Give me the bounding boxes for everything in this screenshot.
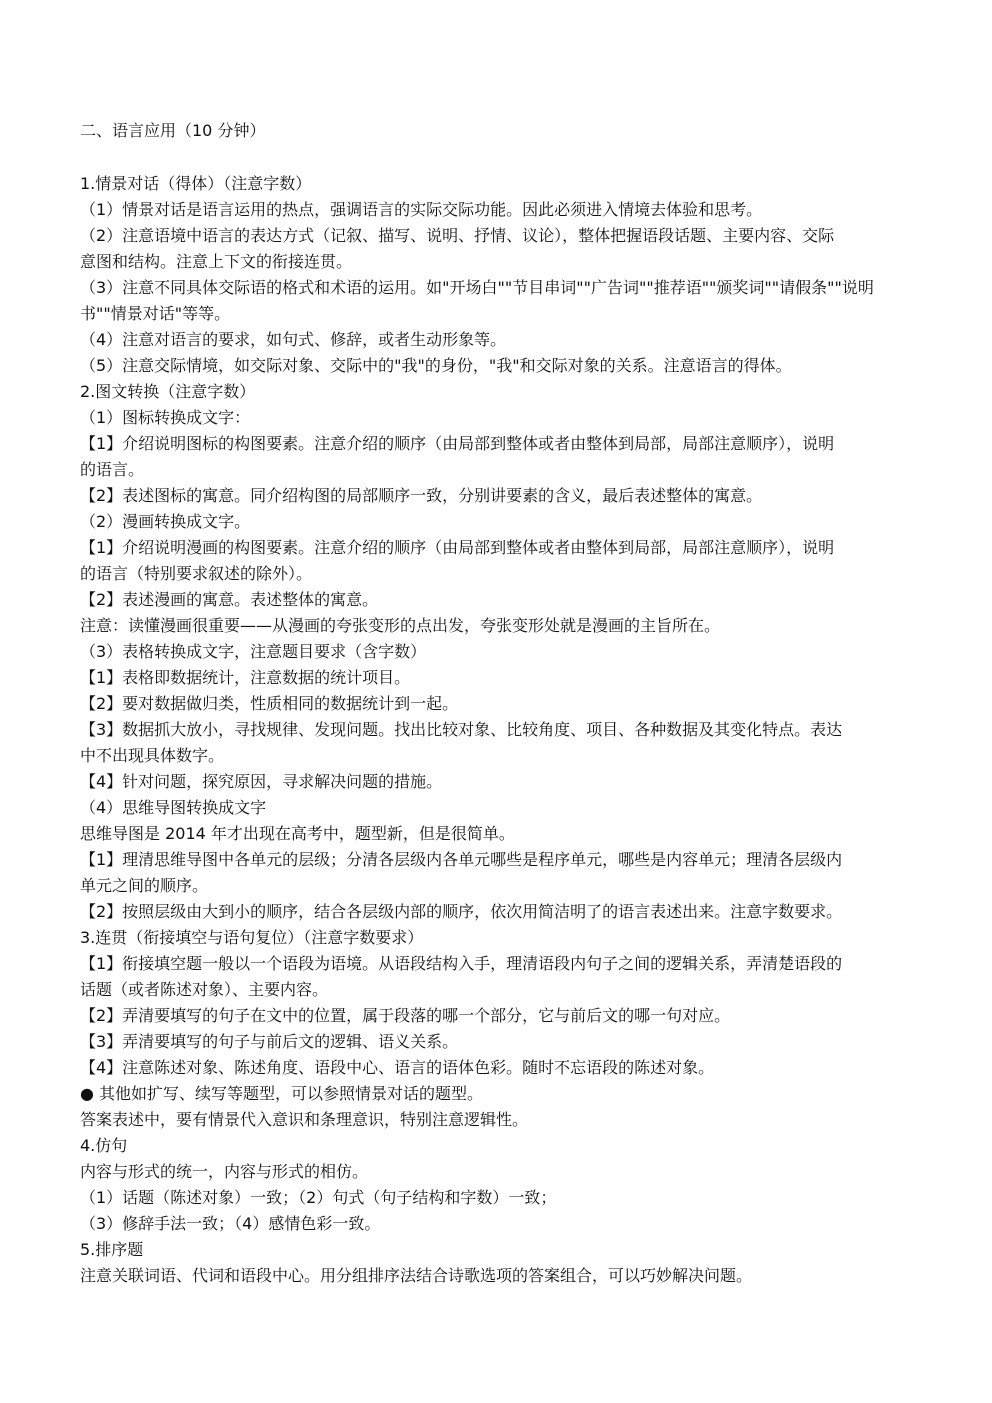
- blank-line: [80, 144, 920, 171]
- paragraph-line: （1）话题（陈述对象）一致；（2）句式（句子结构和字数）一致；: [80, 1185, 920, 1211]
- subheading-line: （3）表格转换成文字，注意题目要求（含字数）: [80, 639, 920, 665]
- section-heading-imitation: 4.仿句: [80, 1133, 920, 1159]
- document-title: 二、语言应用（10 分钟）: [80, 118, 920, 144]
- paragraph-line: 书""情景对话"等等。: [80, 301, 920, 327]
- document-page: 二、语言应用（10 分钟） 1.情景对话（得体）（注意字数） （1）情景对话是语…: [80, 118, 920, 1289]
- paragraph-line: 注意关联词语、代词和语段中心。用分组排序法结合诗歌选项的答案组合，可以巧妙解决问…: [80, 1263, 920, 1289]
- paragraph-line: 【2】按照层级由大到小的顺序，结合各层级内部的顺序，依次用简洁明了的语言表述出来…: [80, 899, 920, 925]
- subheading-line: （4）思维导图转换成文字: [80, 795, 920, 821]
- paragraph-line: 【2】表述漫画的寓意。表述整体的寓意。: [80, 587, 920, 613]
- subheading-line: （1）图标转换成文字：: [80, 405, 920, 431]
- paragraph-line: 中不出现具体数字。: [80, 743, 920, 769]
- paragraph-line: 话题（或者陈述对象）、主要内容。: [80, 977, 920, 1003]
- paragraph-line: （1）情景对话是语言运用的热点，强调语言的实际交际功能。因此必须进入情境去体验和…: [80, 197, 920, 223]
- paragraph-line: 【4】针对问题，探究原因，寻求解决问题的措施。: [80, 769, 920, 795]
- section-heading-ordering: 5.排序题: [80, 1237, 920, 1263]
- paragraph-line: 的语言。: [80, 457, 920, 483]
- paragraph-line: 【1】衔接填空题一般以一个语段为语境。从语段结构入手，理清语段内句子之间的逻辑关…: [80, 951, 920, 977]
- paragraph-line: 【1】介绍说明漫画的构图要素。注意介绍的顺序（由局部到整体或者由整体到局部，局部…: [80, 535, 920, 561]
- section-heading-image-text-conversion: 2.图文转换（注意字数）: [80, 379, 920, 405]
- paragraph-line: （3）注意不同具体交际语的格式和术语的运用。如"开场白""节目串词""广告词""…: [80, 275, 920, 301]
- section-heading-coherence: 3.连贯（衔接填空与语句复位）（注意字数要求）: [80, 925, 920, 951]
- paragraph-line: 答案表述中，要有情景代入意识和条理意识，特别注意逻辑性。: [80, 1107, 920, 1133]
- section-heading-situational-dialogue: 1.情景对话（得体）（注意字数）: [80, 171, 920, 197]
- paragraph-line: （2）注意语境中语言的表达方式（记叙、描写、说明、抒情、议论），整体把握语段话题…: [80, 223, 920, 249]
- paragraph-line: 思维导图是 2014 年才出现在高考中，题型新，但是很简单。: [80, 821, 920, 847]
- paragraph-line: 【3】弄清要填写的句子与前后文的逻辑、语义关系。: [80, 1029, 920, 1055]
- paragraph-line: 【2】表述图标的寓意。同介绍构图的局部顺序一致，分别讲要素的含义，最后表述整体的…: [80, 483, 920, 509]
- paragraph-line: （4）注意对语言的要求，如句式、修辞，或者生动形象等。: [80, 327, 920, 353]
- paragraph-line: 【1】介绍说明图标的构图要素。注意介绍的顺序（由局部到整体或者由整体到局部，局部…: [80, 431, 920, 457]
- paragraph-line: 【4】注意陈述对象、陈述角度、语段中心、语言的语体色彩。随时不忘语段的陈述对象。: [80, 1055, 920, 1081]
- bullet-line: ● 其他如扩写、续写等题型，可以参照情景对话的题型。: [80, 1081, 920, 1107]
- paragraph-line: 意图和结构。注意上下文的衔接连贯。: [80, 249, 920, 275]
- paragraph-line: 【2】弄清要填写的句子在文中的位置，属于段落的哪一个部分，它与前后文的哪一句对应…: [80, 1003, 920, 1029]
- paragraph-line: （5）注意交际情境，如交际对象、交际中的"我"的身份，"我"和交际对象的关系。注…: [80, 353, 920, 379]
- paragraph-line: 【1】理清思维导图中各单元的层级；分清各层级内各单元哪些是程序单元，哪些是内容单…: [80, 847, 920, 873]
- paragraph-line: 的语言（特别要求叙述的除外）。: [80, 561, 920, 587]
- paragraph-line: （3）修辞手法一致；（4）感情色彩一致。: [80, 1211, 920, 1237]
- paragraph-line: 【2】要对数据做归类，性质相同的数据统计到一起。: [80, 691, 920, 717]
- paragraph-line: 【1】表格即数据统计，注意数据的统计项目。: [80, 665, 920, 691]
- paragraph-line: 单元之间的顺序。: [80, 873, 920, 899]
- subheading-line: （2）漫画转换成文字。: [80, 509, 920, 535]
- paragraph-line: 内容与形式的统一，内容与形式的相仿。: [80, 1159, 920, 1185]
- note-line: 注意：读懂漫画很重要——从漫画的夸张变形的点出发，夸张变形处就是漫画的主旨所在。: [80, 613, 920, 639]
- paragraph-line: 【3】数据抓大放小，寻找规律、发现问题。找出比较对象、比较角度、项目、各种数据及…: [80, 717, 920, 743]
